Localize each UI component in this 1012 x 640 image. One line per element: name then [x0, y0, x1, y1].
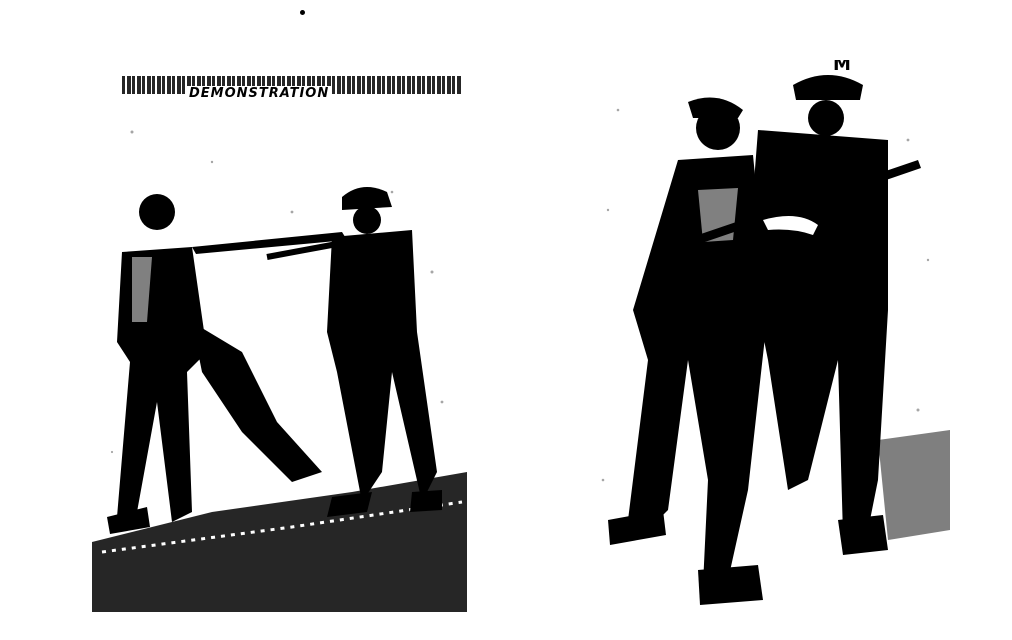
right-photograph: M	[588, 60, 950, 612]
helmet-marking: M	[833, 60, 851, 75]
photo-caption: DEMONSTRATION	[187, 86, 331, 101]
left-photo-illustration	[92, 72, 467, 612]
left-photograph: DEMONSTRATION	[92, 72, 467, 612]
helmet-marking-text: M	[833, 60, 851, 75]
right-photo-illustration	[588, 60, 950, 612]
stray-speck	[300, 10, 305, 15]
